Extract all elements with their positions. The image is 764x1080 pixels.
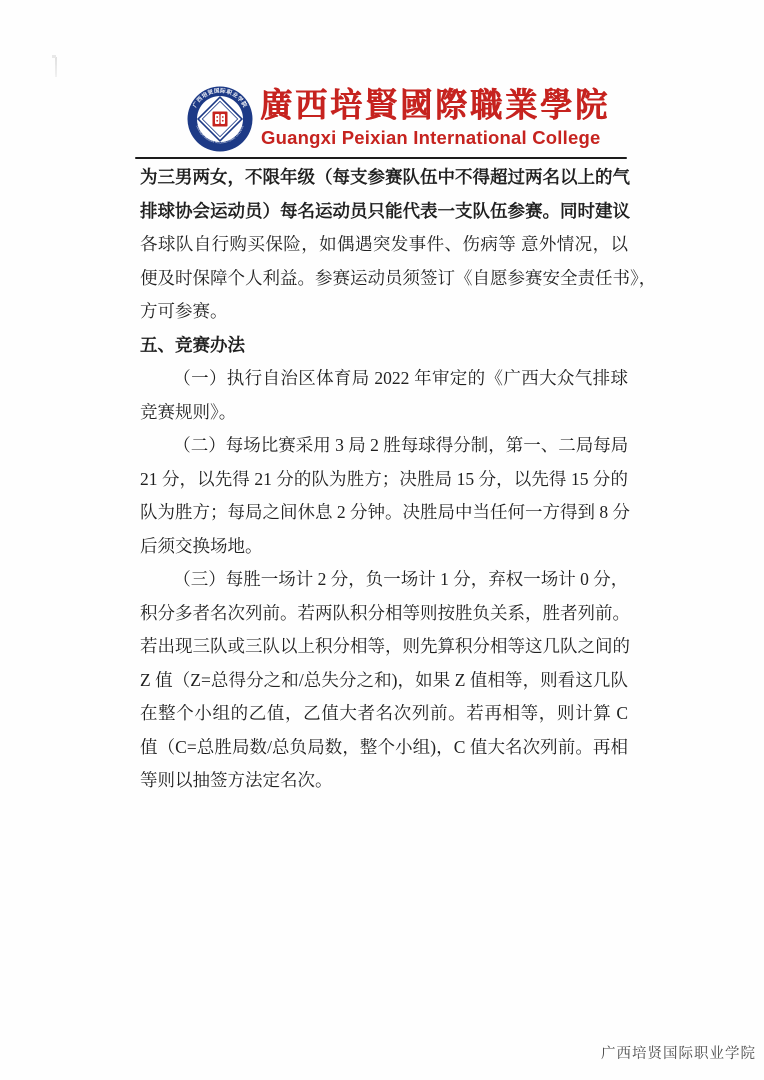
footer-college-name: 广西培贤国际职业学院 <box>601 1042 756 1063</box>
text-line: Z 值（Z=总得分之和/总失分之和)，如果 Z 值相等，则看这几队 <box>140 664 628 698</box>
book-right-page-icon <box>221 114 225 124</box>
text-line: 排球协会运动员）每名运动员只能代表一支队伍参赛。同时建议 <box>140 195 628 229</box>
text-line: 便及时保障个人利益。参赛运动员须签订《自愿参赛安全责任书》， <box>140 262 628 296</box>
text-line: （三）每胜一场计 2 分，负一场计 1 分，弃权一场计 0 分， <box>140 563 628 597</box>
text-line: 队为胜方；每局之间休息 2 分钟。决胜局中当任何一方得到 8 分 <box>140 496 628 530</box>
text-line: 五、竞赛办法 <box>140 329 628 363</box>
text-line: 在整个小组的乙值，乙值大者名次列前。若再相等，则计算 C <box>140 697 628 731</box>
seal-book-plate <box>213 112 228 127</box>
scanned-page: 广西培贤国际职业学院 GUANGXI PEIXIAN INTERNATIONAL… <box>0 0 764 1080</box>
book-left-page-icon <box>215 114 219 124</box>
text-line: 积分多者名次列前。若两队积分相等则按胜负关系，胜者列前。 <box>140 597 628 631</box>
college-seal-logo: 广西培贤国际职业学院 GUANGXI PEIXIAN INTERNATIONAL… <box>187 86 253 152</box>
text-line: 21 分，以先得 21 分的队为胜方；决胜局 15 分，以先得 15 分的 <box>140 463 628 497</box>
college-name-english: Guangxi Peixian International College <box>261 127 600 149</box>
text-line: 若出现三队或三队以上积分相等，则先算积分相等这几队之间的 <box>140 630 628 664</box>
text-line: （二）每场比赛采用 3 局 2 胜每球得分制，第一、二局每局 <box>140 429 628 463</box>
text-line: 方可参赛。 <box>140 295 628 329</box>
text-line: 后须交换场地。 <box>140 530 628 564</box>
letterhead-divider <box>135 157 627 159</box>
text-line: 为三男两女，不限年级（每支参赛队伍中不得超过两名以上的气 <box>140 161 628 195</box>
letterhead: 广西培贤国际职业学院 GUANGXI PEIXIAN INTERNATIONAL… <box>135 85 627 155</box>
text-line: 等则以抽签方法定名次。 <box>140 764 628 798</box>
scan-artifact <box>55 57 57 77</box>
document-body: 为三男两女，不限年级（每支参赛队伍中不得超过两名以上的气排球协会运动员）每名运动… <box>140 161 628 798</box>
text-line: （一）执行自治区体育局 2022 年审定的《广西大众气排球 <box>140 362 628 396</box>
college-name-chinese: 廣西培賢國際職業學院 <box>260 85 625 125</box>
text-line: 各球队自行购买保险，如偶遇突发事件、伤病等 意外情况，以 <box>140 228 628 262</box>
text-line: 竞赛规则》。 <box>140 396 628 430</box>
text-line: 值（C=总胜局数/总负局数，整个小组)，C 值大名次列前。再相 <box>140 731 628 765</box>
